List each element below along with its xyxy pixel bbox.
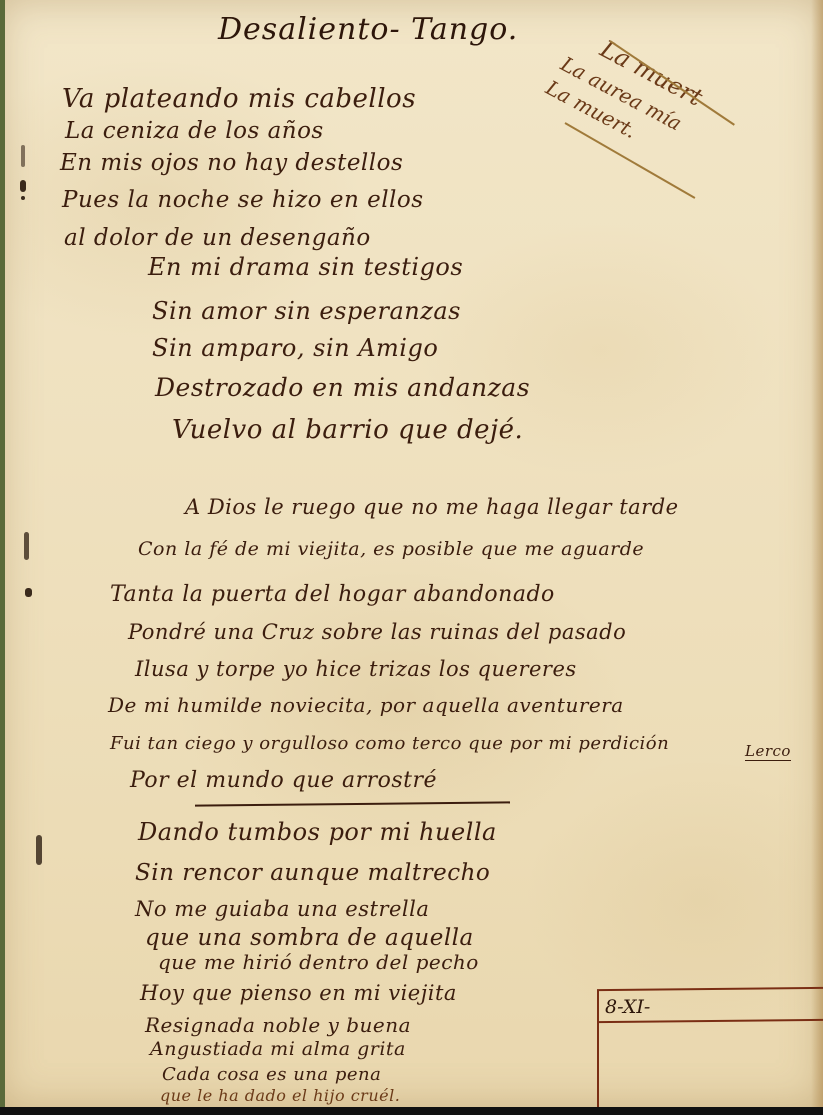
binding-hole (24, 532, 29, 560)
verse-line: Con la fé de mi viejita, es posible que … (138, 538, 644, 560)
verse-line: Tanta la puerta del hogar abandonado (110, 582, 555, 607)
binding-hole (21, 196, 25, 200)
verse-line: En mi drama sin testigos (148, 253, 463, 281)
verse-line: La ceniza de los años (65, 118, 324, 144)
page-right-edge (811, 0, 823, 1107)
manuscript-page: Desaliento- Tango. La muert La aurea mía… (0, 0, 823, 1107)
verse-line: Fui tan ciego y orgulloso como terco que… (110, 733, 669, 754)
margin-note: La muert La aurea mía La muert. (560, 30, 708, 163)
verse-line: al dolor de un desengaño (64, 225, 371, 251)
verse-line: Resignada noble y buena (145, 1013, 411, 1037)
binding-hole (36, 835, 42, 865)
verse-line: Va plateando mis cabellos (62, 84, 416, 114)
verse-line: Sin rencor aunque maltrecho (135, 860, 490, 886)
verse-line: Destrozado en mis andanzas (155, 373, 530, 402)
verse-line: Hoy que pienso en mi viejita (140, 981, 457, 1005)
verse-line: Sin amparo, sin Amigo (152, 334, 438, 362)
stanza-divider (195, 801, 510, 806)
verse-line: Vuelvo al barrio que dejé. (172, 415, 523, 445)
verse-line: Ilusa y torpe yo hice trizas los querere… (135, 657, 577, 681)
verse-line: Angustiada mi alma grita (150, 1038, 406, 1060)
verse-line: que le ha dado el hijo cruél. (160, 1086, 400, 1105)
song-title: Desaliento- Tango. (218, 12, 518, 47)
date-text: 8-XI- (605, 996, 650, 1018)
verse-line: Pondré una Cruz sobre las ruinas del pas… (128, 620, 626, 644)
verse-line: De mi humilde noviecita, por aquella ave… (108, 693, 624, 717)
verse-line: A Dios le ruego que no me haga llegar ta… (185, 495, 679, 519)
binding-hole (21, 145, 25, 167)
verse-line: Por el mundo que arrostré (130, 768, 437, 793)
verse-line: No me guiaba una estrella (135, 897, 429, 921)
page-left-edge (0, 0, 5, 1107)
verse-line: que me hirió dentro del pecho (158, 950, 479, 974)
verse-line: Pues la noche se hizo en ellos (62, 187, 424, 213)
binding-hole (20, 180, 26, 192)
binding-hole (25, 588, 32, 597)
scan-bottom-edge (0, 1107, 823, 1115)
verse-annotation: Lerco (745, 742, 791, 761)
verse-line: Cada cosa es una pena (162, 1064, 381, 1085)
verse-line: En mis ojos no hay destellos (60, 150, 403, 176)
verse-line: que una sombra de aquella (145, 925, 474, 951)
verse-line: Dando tumbos por mi huella (138, 818, 497, 846)
verse-line: Sin amor sin esperanzas (152, 297, 461, 325)
